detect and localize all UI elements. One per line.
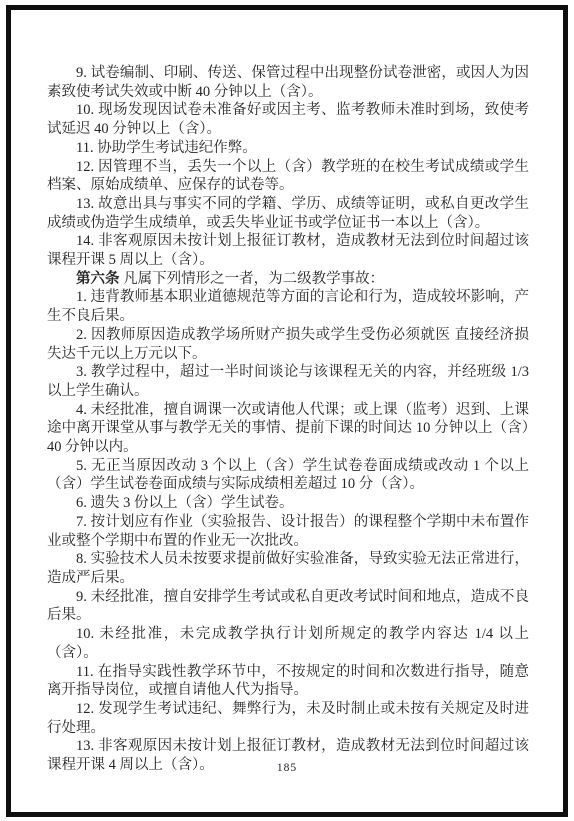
- paragraph: 9. 试卷编制、印刷、传送、保管过程中出现整份试卷泄密，或因人为因素致使考试失效…: [47, 64, 529, 101]
- page-number: 185: [0, 762, 574, 774]
- paragraph: 8. 实验技术人员未按要求提前做好实验准备，导致实验无法正常进行，造成严后果。: [47, 550, 529, 587]
- paragraph: 10. 未经批准，未完成教学执行计划所规定的教学内容达 1/4 以上（含）。: [47, 625, 529, 662]
- paragraph: 7. 按计划应有作业（实验报告、设计报告）的课程整个学期中未布置作业或整个学期中…: [47, 513, 529, 550]
- document-page: 9. 试卷编制、印刷、传送、保管过程中出现整份试卷泄密，或因人为因素致使考试失效…: [0, 0, 574, 821]
- paragraph: 12. 发现学生考试违纪、舞弊行为，未及时制止或未按有关规定及时进行处理。: [47, 700, 529, 737]
- document-body: 9. 试卷编制、印刷、传送、保管过程中出现整份试卷泄密，或因人为因素致使考试失效…: [47, 64, 529, 775]
- paragraph: 4. 未经批准，擅自调课一次或请他人代课；或上课（监考）迟到、上课途中离开课堂从…: [47, 401, 529, 457]
- paragraph: 9. 未经批准，擅自安排学生考试或私自更改考试时间和地点，造成不良后果。: [47, 588, 529, 625]
- paragraph: 12. 因管理不当，丢失一个以上（含）教学班的在校生考试成绩或学生档案、原始成绩…: [47, 158, 529, 195]
- article-heading: 第六条: [76, 271, 120, 287]
- paragraph: 5. 无正当原因改动 3 个以上（含）学生试卷卷面成绩或改动 1 个以上（含）学…: [47, 457, 529, 494]
- paragraph: 3. 教学过程中，超过一半时间谈论与该课程无关的内容，并经班级 1/3 以上学生…: [47, 363, 529, 400]
- paragraph: 10. 现场发现因试卷未准备好或因主考、监考教师未准时到场，致使考试延迟 40 …: [47, 101, 529, 138]
- paragraph: 6. 遗失 3 份以上（含）学生试卷。: [47, 494, 529, 513]
- paragraph: 1. 违背教师基本职业道德规范等方面的言论和行为，造成较坏影响，产生不良后果。: [47, 288, 529, 325]
- paragraph: 2. 因教师原因造成教学场所财产损失或学生受伤必须就医 直接经济损失达千元以上万…: [47, 326, 529, 363]
- paragraph: 14. 非客观原因未按计划上报征订教材，造成教材无法到位时间超过该课程开课 5 …: [47, 232, 529, 269]
- paragraph: 11. 协助学生考试违纪作弊。: [47, 139, 529, 158]
- paragraph: 11. 在指导实践性教学环节中，不按规定的时间和次数进行指导，随意离开指导岗位，…: [47, 663, 529, 700]
- paragraph: 第六条 凡属下列情形之一者，为二级教学事故：: [47, 270, 529, 289]
- paragraph: 13. 故意出具与事实不同的学籍、学历、成绩等证明，或私自更改学生成绩或伪造学生…: [47, 195, 529, 232]
